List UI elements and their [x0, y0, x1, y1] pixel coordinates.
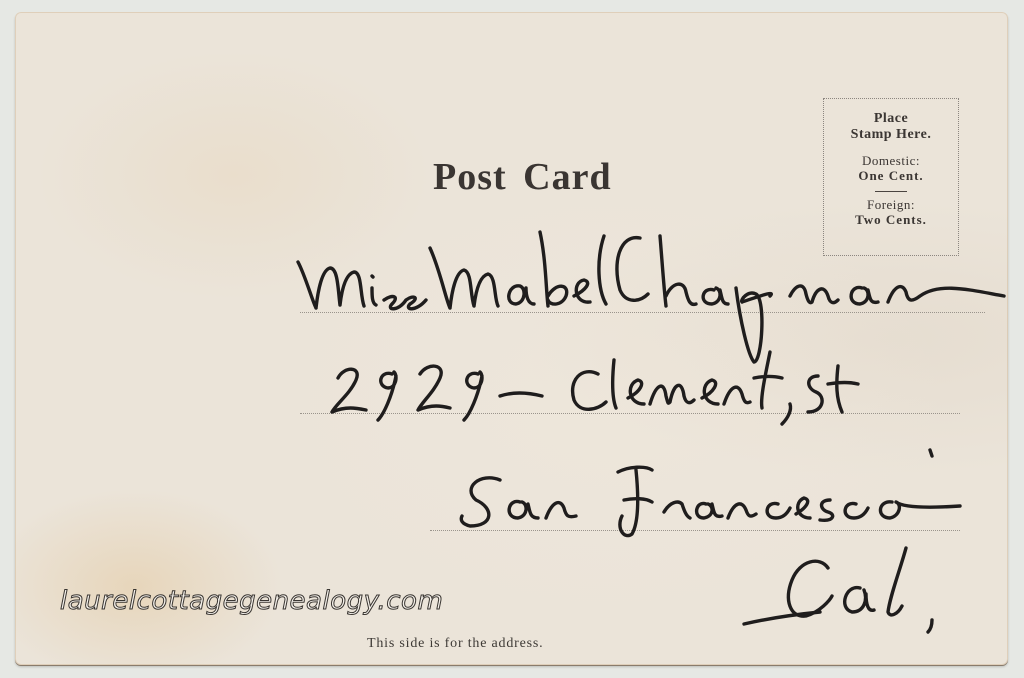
stamp-box-divider: [875, 191, 907, 192]
stamp-box-line-stamp-here: Stamp Here.: [824, 127, 958, 143]
address-line-2: [300, 413, 960, 414]
foreign-label: Foreign:: [824, 197, 958, 212]
post-card-title: Post Card: [433, 155, 612, 199]
address-line-1: [300, 312, 985, 313]
domestic-rate: One Cent.: [824, 168, 958, 184]
postcard: Post Card Place Stamp Here. Domestic: On…: [15, 12, 1008, 665]
stamp-box-line-place: Place: [824, 111, 958, 127]
domestic-label: Domestic:: [824, 153, 958, 168]
foreign-rate: Two Cents.: [824, 212, 958, 228]
stamp-placement-box: Place Stamp Here. Domestic: One Cent. Fo…: [823, 98, 959, 256]
website-watermark: laurelcottagegenealogy.com: [60, 586, 443, 616]
address-line-3: [430, 530, 960, 531]
address-side-note: This side is for the address.: [367, 636, 543, 652]
